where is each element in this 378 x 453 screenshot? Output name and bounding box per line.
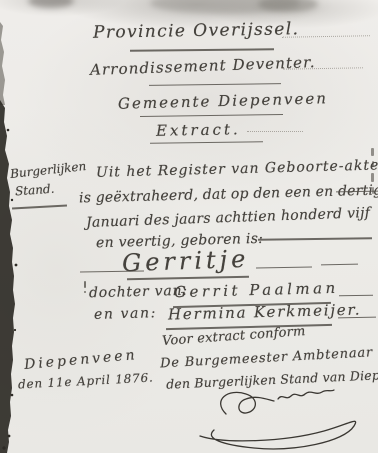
child-name-right-dash2 — [321, 264, 358, 266]
mother-prefix: en van: — [94, 305, 157, 323]
mother-name: Hermina Kerkmeijer. — [168, 300, 362, 323]
ink-speck — [84, 281, 86, 288]
signature-flourish — [192, 384, 374, 450]
dateline-place: Diepenveen — [24, 347, 139, 373]
attestation-official-line1: De Burgemeester Ambtenaar van — [160, 344, 378, 372]
scan-speck — [371, 148, 374, 156]
header-arrondissement-underline — [149, 83, 281, 86]
ink-speck — [84, 291, 86, 293]
body-line3: Januari des jaars achttien honderd vijf — [86, 205, 371, 231]
document-scan: Provincie Overijssel. Arrondissement Dev… — [0, 0, 378, 453]
header-extract-trail-line — [247, 131, 303, 132]
header-gemeente-underline — [140, 114, 283, 117]
scan-noise-top-left — [28, 0, 74, 8]
header-provincie-underline — [130, 48, 274, 51]
header-extract: Extract. — [156, 120, 241, 139]
header-provincie: Provincie Overijssel. — [93, 19, 300, 43]
body-line4-dash-line — [258, 237, 372, 241]
child-name-right-dash1 — [256, 267, 312, 269]
header-provincie-trail-line — [282, 35, 370, 38]
header-extract-underline — [150, 141, 263, 144]
header-arrondissement: Arrondissement Deventer. — [90, 53, 316, 79]
child-name: Gerritje — [122, 245, 250, 277]
margin-note-line2: Stand. — [15, 182, 55, 199]
header-arrondissement-trail-line — [283, 67, 363, 69]
body-line1: Uit het Register van Geboorte-akten — [96, 157, 378, 181]
dateline-date: den 11e April 1876. — [18, 370, 154, 391]
body-line2: is geëxtraheerd, dat op den een en derti… — [79, 182, 378, 207]
father-trail-dash — [339, 295, 373, 297]
scan-speck — [371, 173, 374, 182]
header-gemeente: Gemeente Diepenveen — [118, 89, 328, 112]
father-name: Gerrit Paalman — [174, 279, 339, 301]
